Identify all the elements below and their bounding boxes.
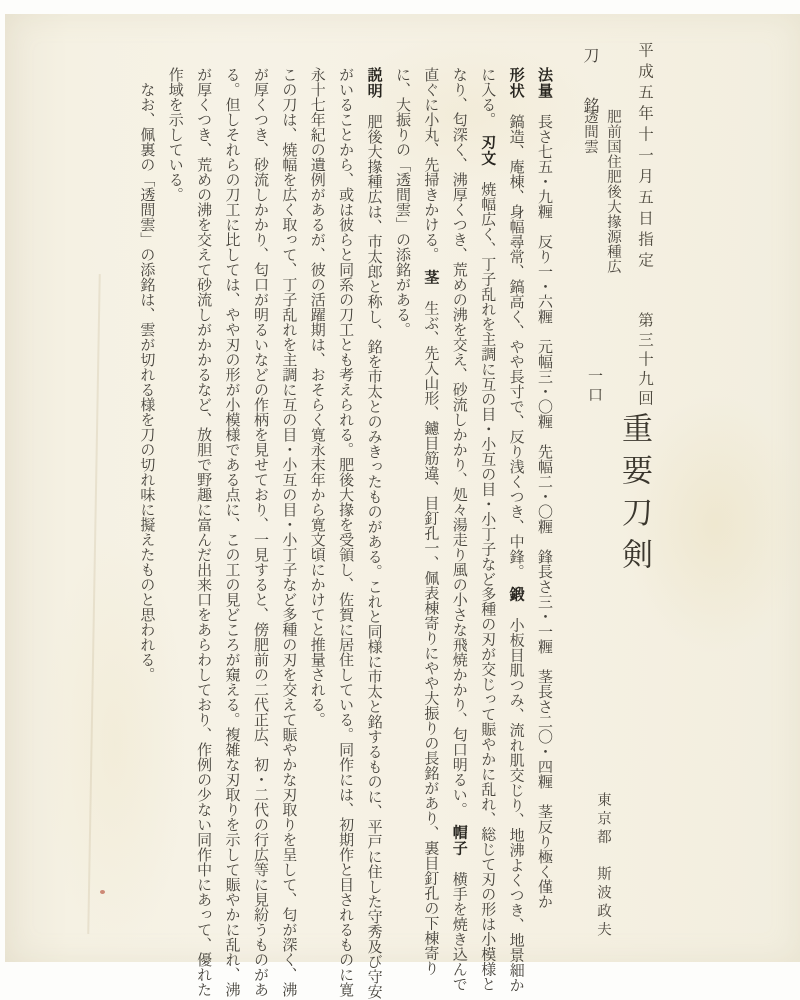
section-label: 法量 [536, 67, 553, 99]
document-title: 重要刀剣 [612, 412, 657, 580]
session-number: 第三十九回 [633, 312, 655, 410]
section-label: 説明 [366, 67, 383, 99]
section-label: 帽子 [451, 825, 468, 857]
body-paragraph: なお、佩裏の「透間雲」の添銘は、雲が切れる様を刀の切れ味に擬えたものと思われる。 [132, 67, 160, 1000]
red-ink-speck [100, 890, 105, 894]
body-paragraph: 形状 鎬造、庵棟、身幅尋常、鎬高く、やや長寸で、反り浅くつき、中鋒。 鍛 小板目… [388, 67, 530, 1000]
body-paragraph: 説明 肥後大掾種広は、市太郎と称し、銘を市太とのみきったものがある。これと同様に… [302, 67, 387, 1000]
section-label: 茎 [422, 270, 439, 286]
section-label: 形状 [508, 67, 525, 99]
quantity: 一口 [584, 368, 605, 406]
mei-inscription: 肥前国住肥後大掾源種広 透間雲 [578, 109, 624, 299]
owner-name: 東京都 斯波政夫 [593, 792, 614, 940]
designation-date: 平成五年十一月五日指定 [633, 42, 655, 273]
body-text: 法量 長さ七五・九糎 反り一・六糎 元幅三・〇糎 先幅二・〇糎 鋒長さ三・一糎 … [128, 67, 558, 1000]
scanned-document: { "header": { "designation_date": "平成五年十… [0, 0, 800, 1000]
section-label: 刃文 [479, 135, 496, 167]
body-paragraph: 法量 長さ七五・九糎 反り一・六糎 元幅三・〇糎 先幅二・〇糎 鋒長さ三・一糎 … [530, 67, 558, 1000]
document-page: 平成五年十一月五日指定 第三十九回 重要刀剣 刀 銘 肥前国住肥後大掾源種広 透… [5, 14, 800, 962]
mei-line-2: 透間雲 [578, 109, 601, 299]
section-label: 鍛 [508, 587, 525, 603]
mei-line-1: 肥前国住肥後大掾源種広 [601, 109, 624, 299]
body-paragraph: この刀は、焼幅を広く取って、丁子乱れを主調に互の目・小互の目・小丁子など多種の刃… [160, 67, 302, 1000]
